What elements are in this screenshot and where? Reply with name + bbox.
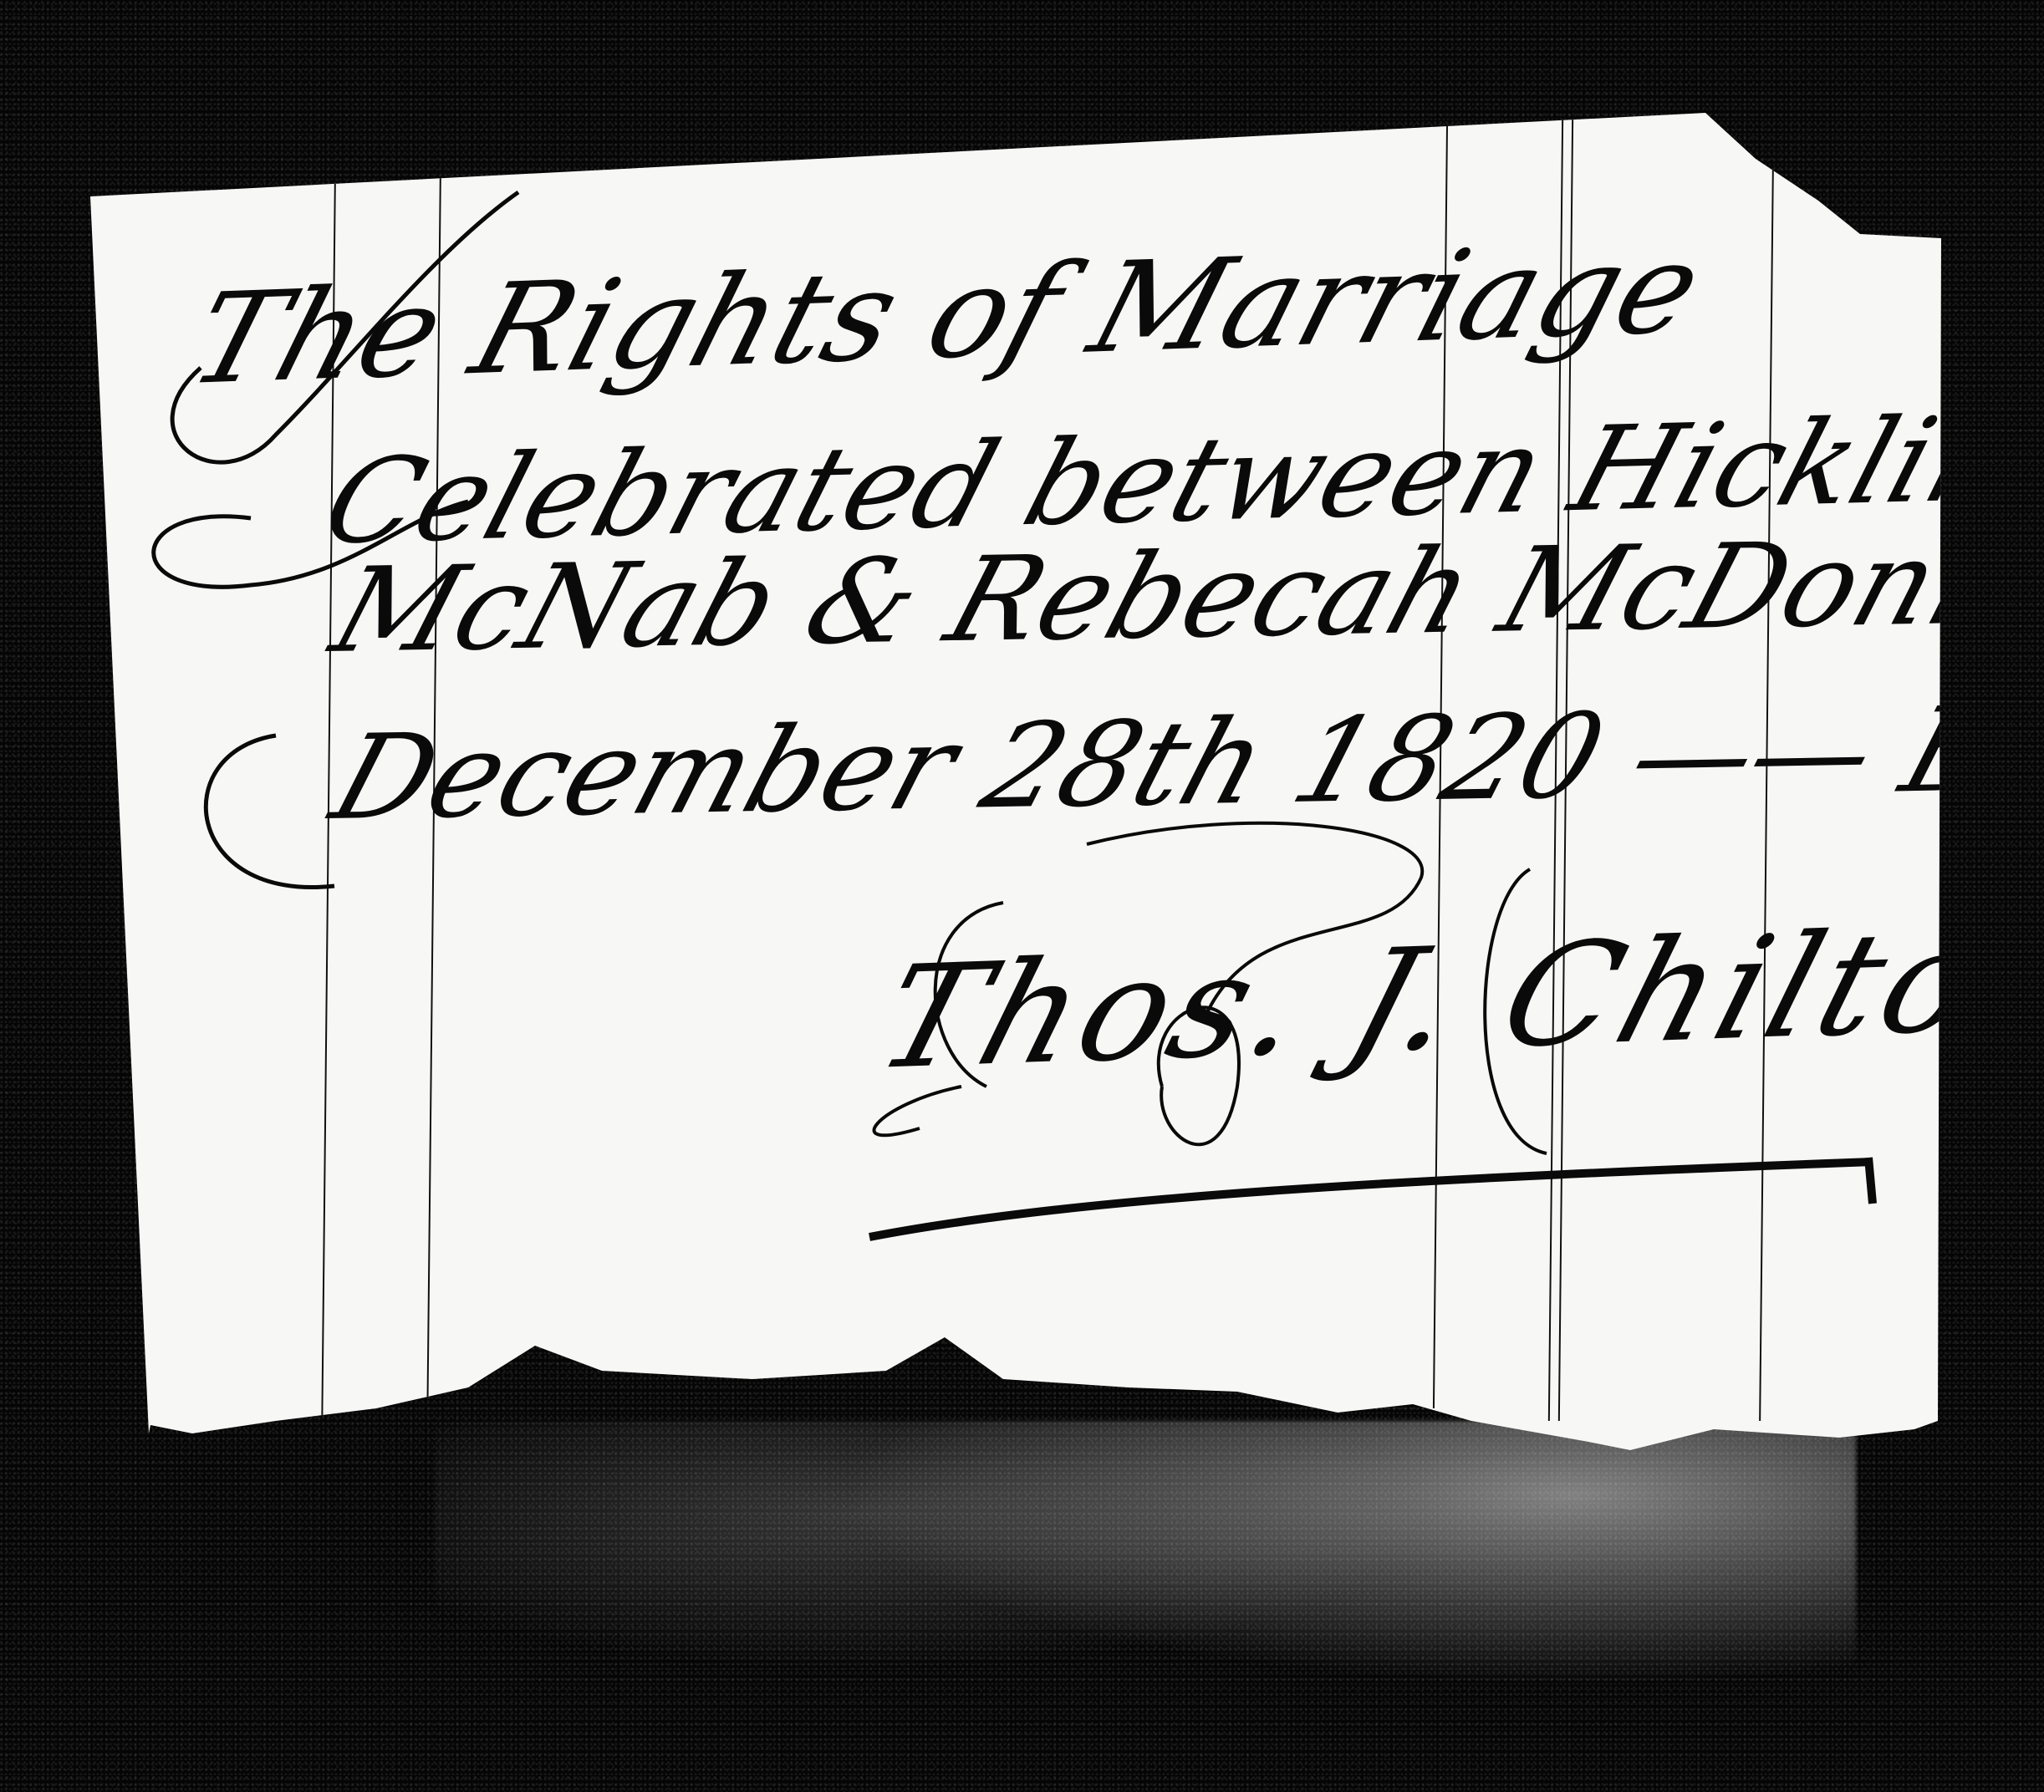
scanner-noise xyxy=(435,1421,1856,1792)
